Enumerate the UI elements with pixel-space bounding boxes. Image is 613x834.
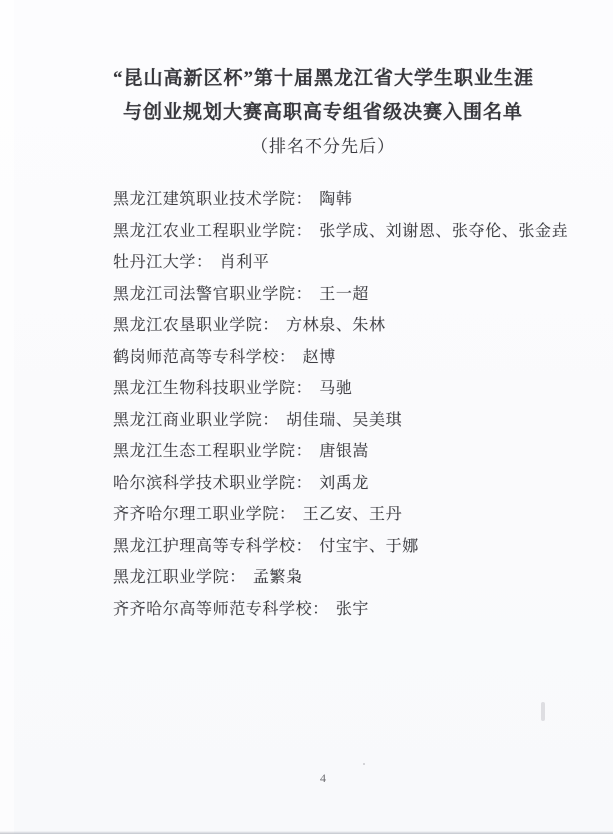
document-title: “昆山高新区杯”第十届黑龙江省大学生职业生涯 与创业规划大赛高职高专组省级决赛入…	[113, 62, 533, 163]
page-number: 4	[113, 771, 533, 786]
scan-smudge-artifact	[541, 702, 545, 721]
student-names: 孟繁枭	[253, 569, 303, 586]
student-names: 王乙安、王丹	[303, 506, 403, 523]
list-item: 黑龙江护理高等专科学校：付宝宇、于娜	[113, 531, 583, 563]
title-line-1: “昆山高新区杯”第十届黑龙江省大学生职业生涯	[113, 62, 533, 96]
scanned-document-page: “昆山高新区杯”第十届黑龙江省大学生职业生涯 与创业规划大赛高职高专组省级决赛入…	[0, 0, 613, 834]
student-names: 唐银嵩	[319, 443, 369, 460]
student-names: 陶韩	[319, 191, 352, 208]
list-item: 黑龙江职业学院：孟繁枭	[113, 562, 583, 594]
student-names: 王一超	[319, 286, 369, 303]
school-name: 黑龙江农垦职业学院	[113, 317, 262, 334]
school-name: 黑龙江护理高等专科学校	[113, 538, 296, 555]
school-name: 牡丹江大学	[113, 254, 196, 271]
list-item: 黑龙江建筑职业技术学院：陶韩	[113, 184, 583, 216]
school-name: 鹤岗师范高等专科学校	[113, 349, 279, 366]
list-item: 牡丹江大学：肖利平	[113, 247, 583, 279]
colon-separator: ：	[279, 349, 296, 366]
title-line-2: 与创业规划大赛高职高专组省级决赛入围名单	[113, 96, 533, 130]
list-item: 黑龙江生态工程职业学院：唐银嵩	[113, 436, 583, 468]
student-names: 张宇	[336, 601, 369, 618]
list-item: 黑龙江农垦职业学院：方林泉、朱林	[113, 310, 583, 342]
student-names: 马驰	[319, 380, 352, 397]
title-subtitle: （排名不分先后）	[113, 131, 533, 163]
colon-separator: ：	[296, 443, 313, 460]
school-name: 黑龙江生态工程职业学院	[113, 443, 296, 460]
student-names: 付宝宇、于娜	[319, 538, 419, 555]
colon-separator: ：	[296, 191, 313, 208]
student-names: 赵博	[303, 349, 336, 366]
school-name: 黑龙江商业职业学院	[113, 412, 262, 429]
colon-separator: ：	[196, 254, 213, 271]
student-names: 方林泉、朱林	[286, 317, 386, 334]
list-item: 黑龙江商业职业学院：胡佳瑞、吴美琪	[113, 405, 583, 437]
list-item: 齐齐哈尔高等师范专科学校：张宇	[113, 594, 583, 626]
list-item: 鹤岗师范高等专科学校：赵博	[113, 342, 583, 374]
school-name: 黑龙江农业工程职业学院	[113, 223, 296, 240]
school-name: 齐齐哈尔理工职业学院	[113, 506, 279, 523]
colon-separator: ：	[296, 223, 313, 240]
school-name: 黑龙江职业学院	[113, 569, 229, 586]
school-name: 黑龙江生物科技职业学院	[113, 380, 296, 397]
school-name: 黑龙江建筑职业技术学院	[113, 191, 296, 208]
school-name: 齐齐哈尔高等师范专科学校	[113, 601, 312, 618]
list-item: 齐齐哈尔理工职业学院：王乙安、王丹	[113, 499, 583, 531]
colon-separator: ：	[312, 601, 329, 618]
list-item: 黑龙江生物科技职业学院：马驰	[113, 373, 583, 405]
student-names: 刘禹龙	[319, 475, 369, 492]
colon-separator: ：	[296, 538, 313, 555]
colon-separator: ：	[229, 569, 246, 586]
colon-separator: ：	[296, 475, 313, 492]
colon-separator: ：	[262, 412, 279, 429]
scan-speck-artifact	[363, 763, 365, 765]
colon-separator: ：	[296, 286, 313, 303]
list-item: 黑龙江司法警官职业学院：王一超	[113, 279, 583, 311]
student-names: 肖利平	[220, 254, 270, 271]
finalist-list: 黑龙江建筑职业技术学院：陶韩 黑龙江农业工程职业学院：张学成、刘谢恩、张夺伦、张…	[113, 184, 583, 625]
school-name: 黑龙江司法警官职业学院	[113, 286, 296, 303]
school-name: 哈尔滨科学技术职业学院	[113, 475, 296, 492]
student-names: 胡佳瑞、吴美琪	[286, 412, 402, 429]
colon-separator: ：	[279, 506, 296, 523]
list-item: 黑龙江农业工程职业学院：张学成、刘谢恩、张夺伦、张金垚	[113, 216, 583, 248]
student-names: 张学成、刘谢恩、张夺伦、张金垚	[319, 223, 568, 240]
colon-separator: ：	[296, 380, 313, 397]
colon-separator: ：	[262, 317, 279, 334]
list-item: 哈尔滨科学技术职业学院：刘禹龙	[113, 468, 583, 500]
